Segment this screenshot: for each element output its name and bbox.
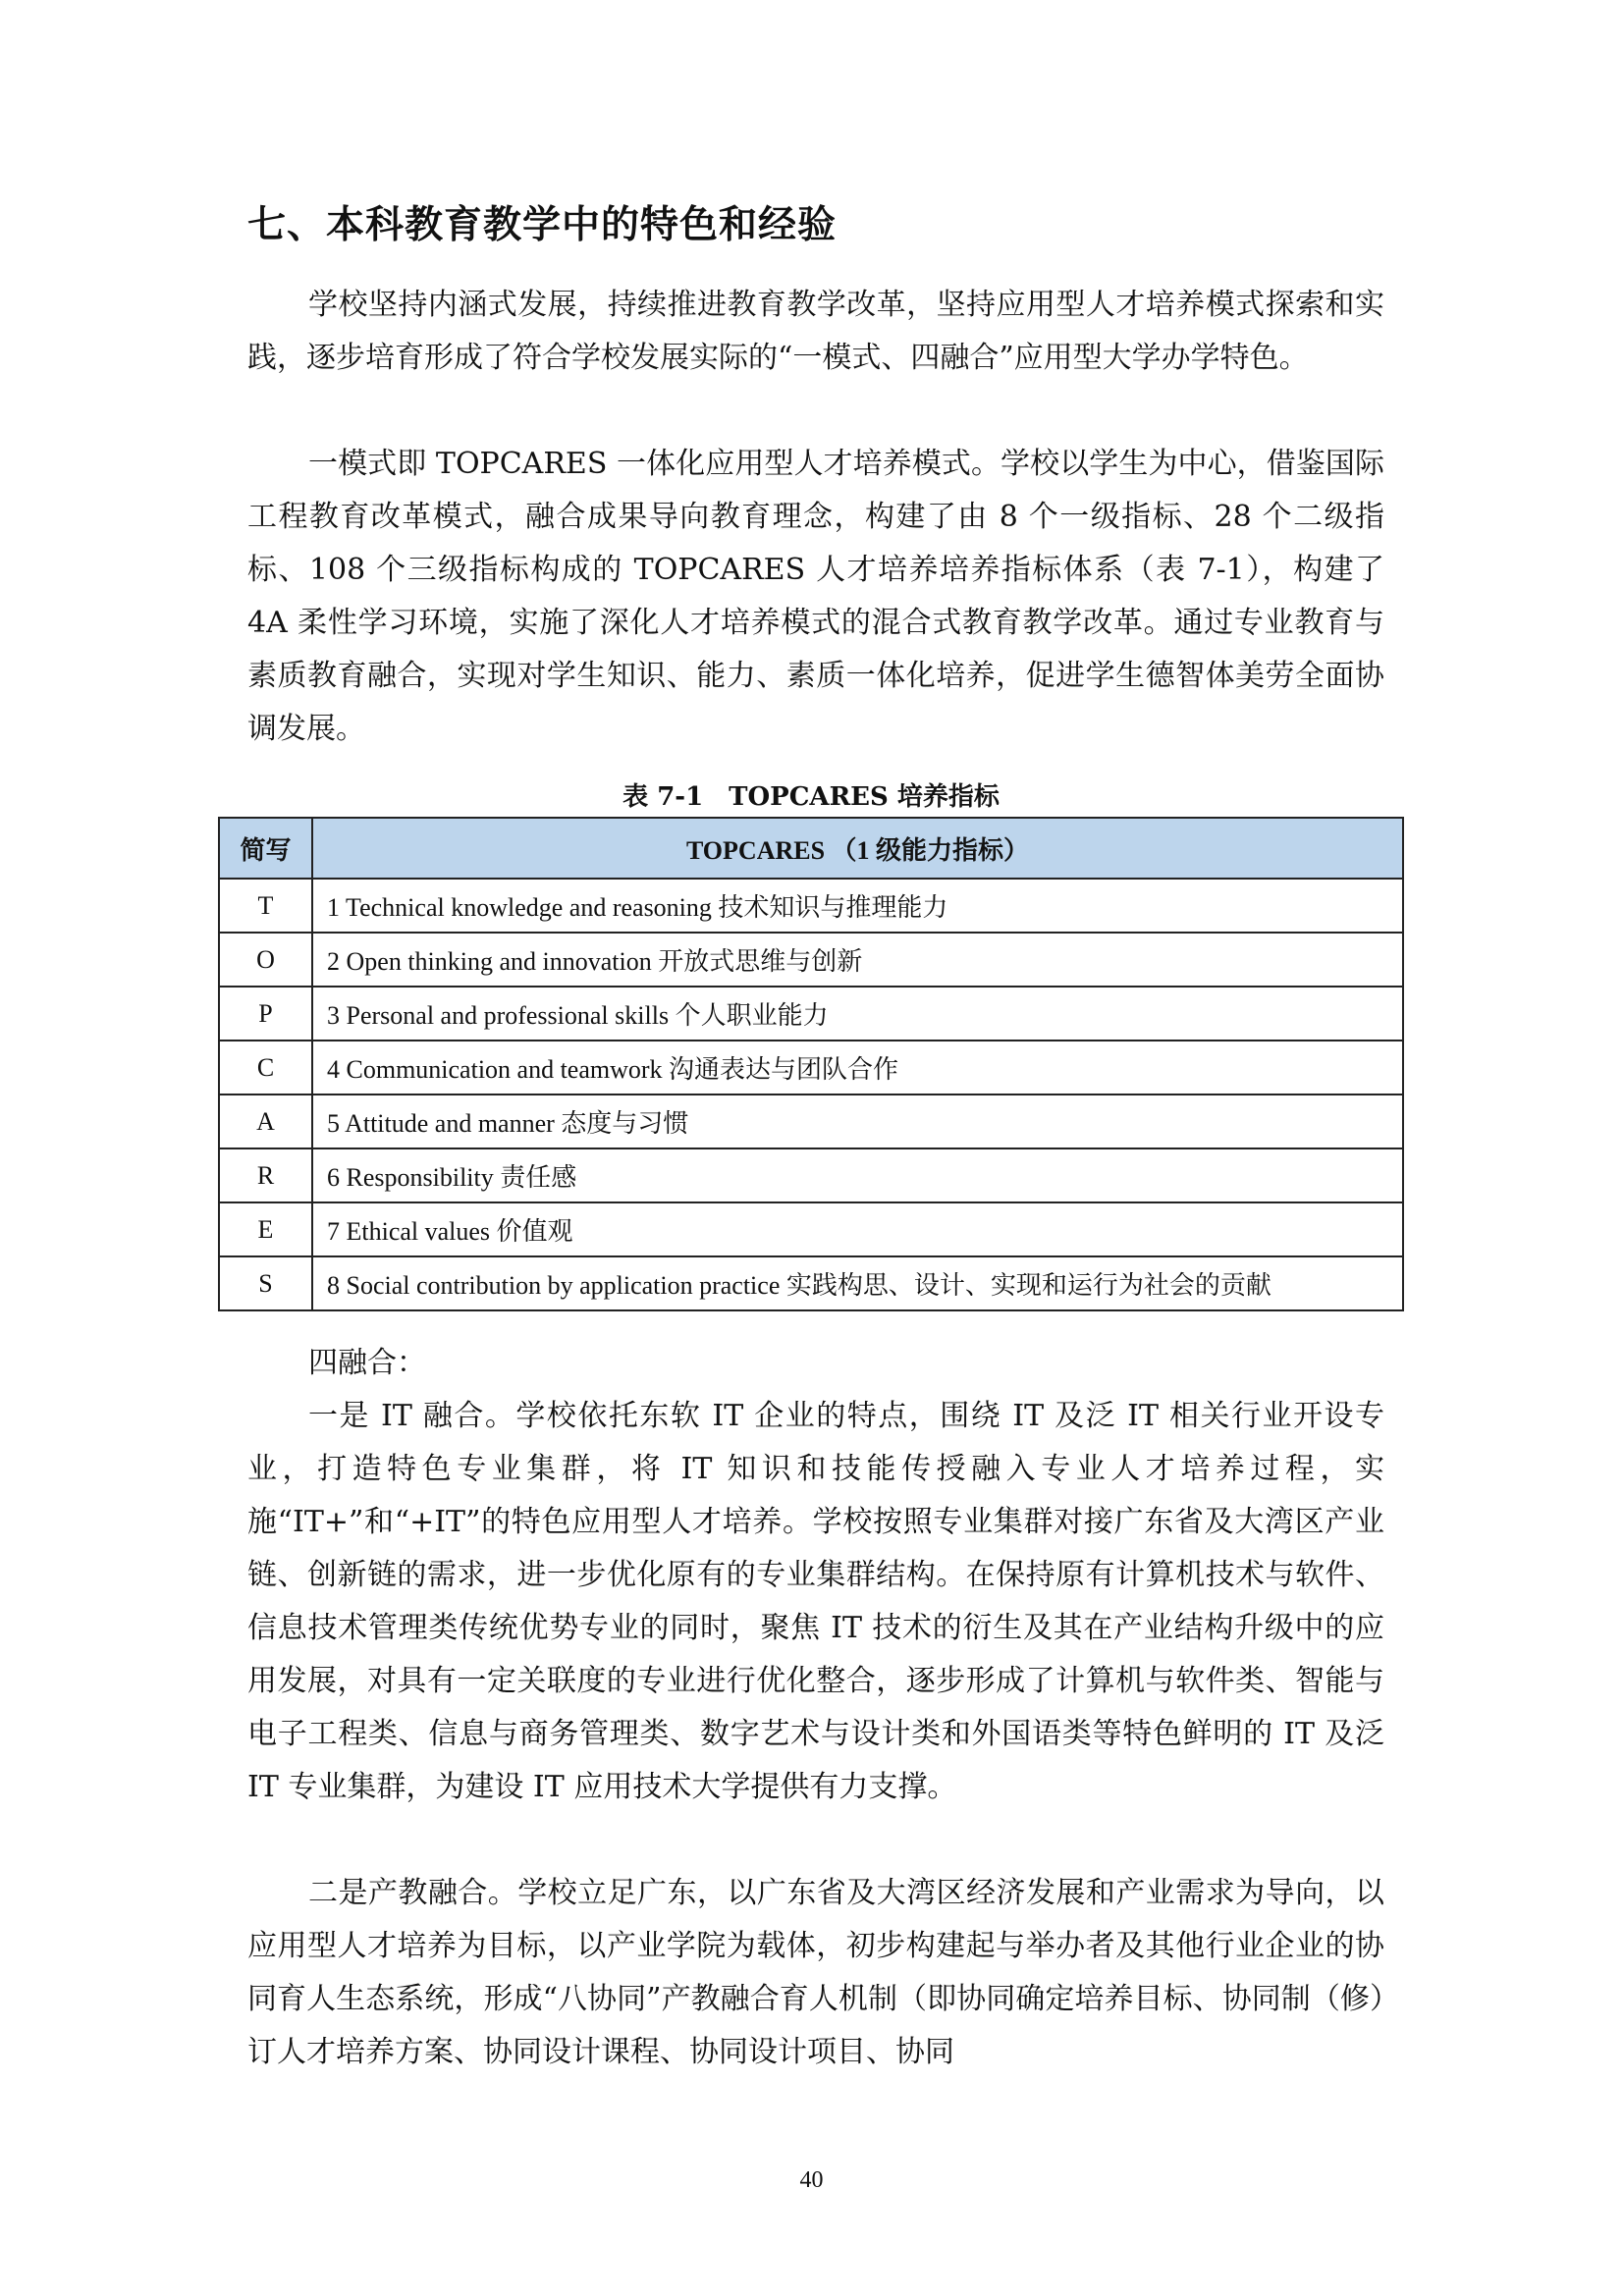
table-row: P 3 Personal and professional skills 个人职… [219,987,1403,1041]
row-abbr: E [219,1202,312,1256]
topcares-table: 简写 TOPCARES （1 级能力指标） T 1 Technical know… [218,817,1404,1311]
section-heading: 七、本科教育教学中的特色和经验 [247,196,837,255]
row-desc: 2 Open thinking and innovation 开放式思维与创新 [312,933,1403,987]
document-page: 七、本科教育教学中的特色和经验 学校坚持内涵式发展，持续推进教育教学改革，坚持应… [0,0,1623,2296]
table-row: C 4 Communication and teamwork 沟通表达与团队合作 [219,1041,1403,1095]
row-abbr: P [219,987,312,1041]
table-row: E 7 Ethical values 价值观 [219,1202,1403,1256]
one-model-paragraph: 一模式即 TOPCARES 一体化应用型人才培养模式。学校以学生为中心，借鉴国际… [247,438,1384,756]
row-desc: 8 Social contribution by application pra… [312,1256,1403,1310]
table-row: R 6 Responsibility 责任感 [219,1148,1403,1202]
row-abbr: S [219,1256,312,1310]
table-caption: 表 7-1 TOPCARES 培养指标 [218,775,1404,819]
row-desc: 3 Personal and professional skills 个人职业能… [312,987,1403,1041]
table-row: T 1 Technical knowledge and reasoning 技术… [219,879,1403,933]
row-abbr: R [219,1148,312,1202]
page-number: 40 [0,2167,1623,2194]
row-desc: 4 Communication and teamwork 沟通表达与团队合作 [312,1041,1403,1095]
row-abbr: C [219,1041,312,1095]
four-integrations-label: 四融合： [308,1337,426,1390]
table-row: O 2 Open thinking and innovation 开放式思维与创… [219,933,1403,987]
header-desc: TOPCARES （1 级能力指标） [312,818,1403,879]
table-row: S 8 Social contribution by application p… [219,1256,1403,1310]
table-row: A 5 Attitude and manner 态度与习惯 [219,1095,1403,1148]
header-abbr: 简写 [219,818,312,879]
it-integration-paragraph: 一是 IT 融合。学校依托东软 IT 企业的特点，围绕 IT 及泛 IT 相关行… [247,1390,1384,1814]
row-abbr: A [219,1095,312,1148]
row-desc: 7 Ethical values 价值观 [312,1202,1403,1256]
industry-integration-paragraph: 二是产教融合。学校立足广东，以广东省及大湾区经济发展和产业需求为导向，以应用型人… [247,1867,1384,2079]
row-desc: 5 Attitude and manner 态度与习惯 [312,1095,1403,1148]
row-abbr: O [219,933,312,987]
row-desc: 1 Technical knowledge and reasoning 技术知识… [312,879,1403,933]
intro-paragraph: 学校坚持内涵式发展，持续推进教育教学改革，坚持应用型人才培养模式探索和实践，逐步… [247,279,1384,385]
row-abbr: T [219,879,312,933]
table-header-row: 简写 TOPCARES （1 级能力指标） [219,818,1403,879]
row-desc: 6 Responsibility 责任感 [312,1148,1403,1202]
